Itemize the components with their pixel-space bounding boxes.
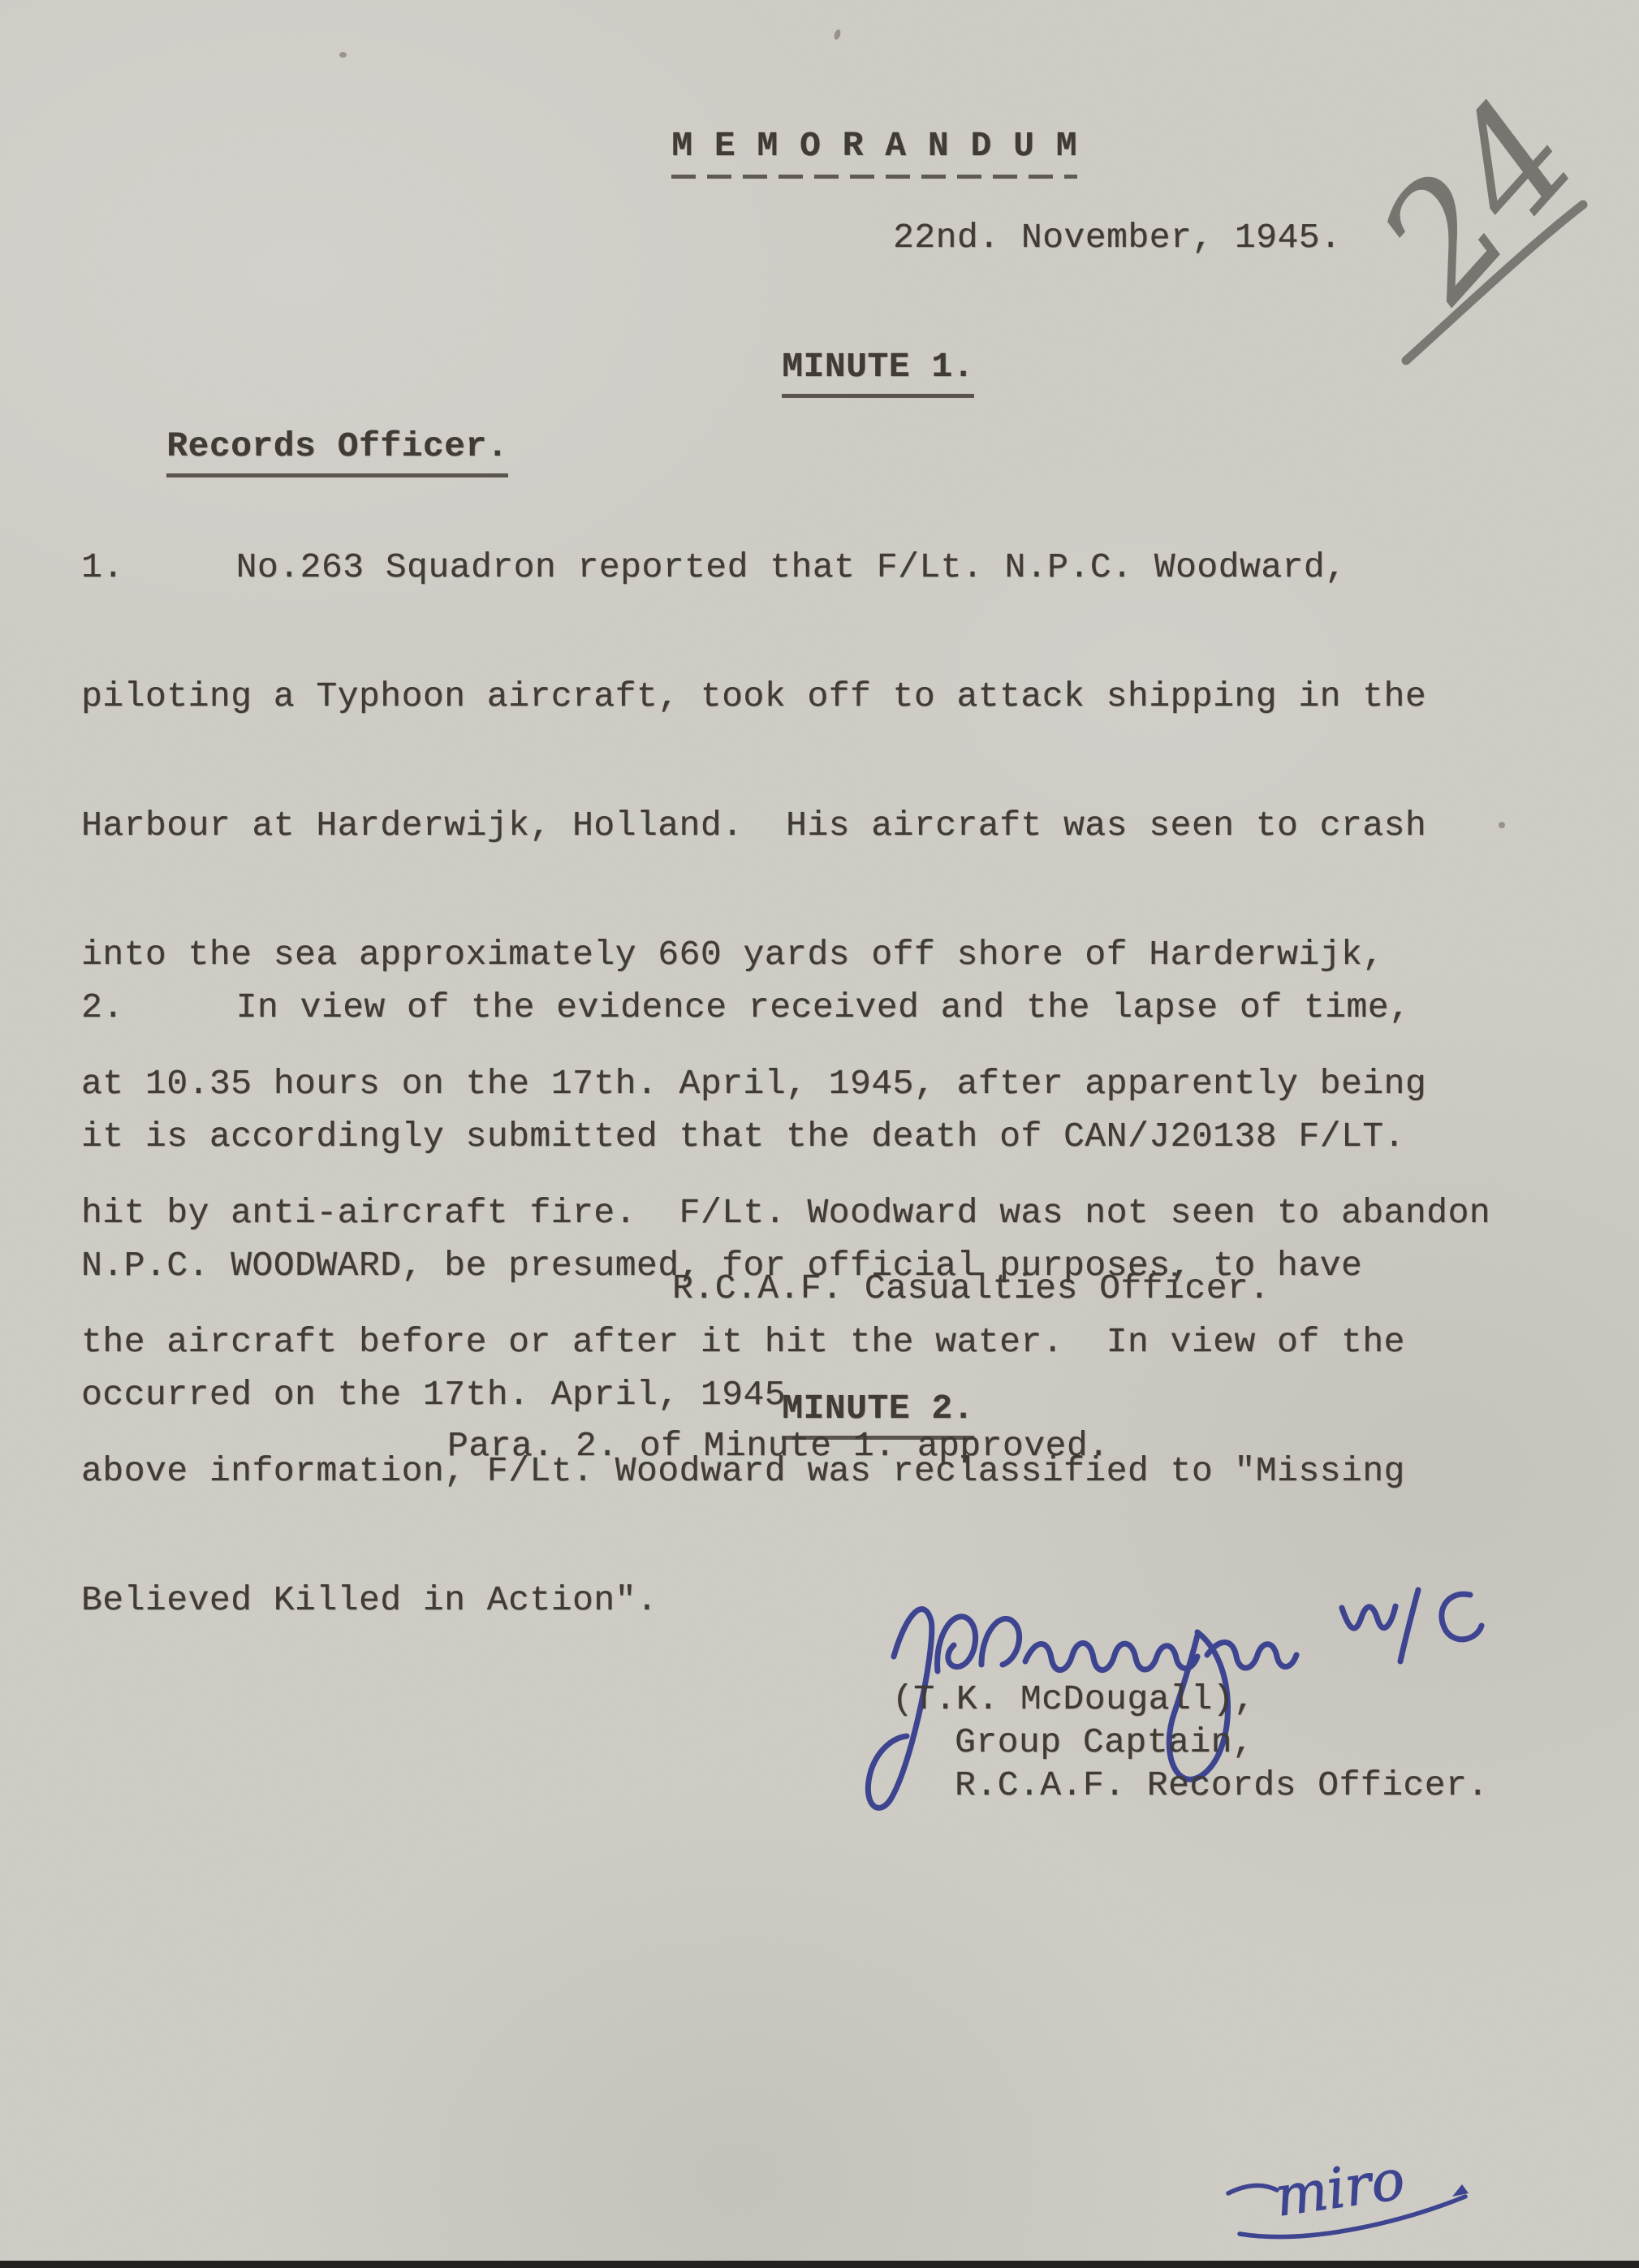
- typed-line: 1.No.263 Squadron reported that F/Lt. N.…: [81, 546, 1490, 589]
- paragraph-number: 1.: [81, 546, 124, 589]
- typed-line: it is accordingly submitted that the dea…: [81, 1115, 1410, 1158]
- ink-speck: [833, 28, 842, 41]
- ink-speck: [339, 52, 347, 58]
- memorandum-page: M E M O R A N D U M 22nd. November, 1945…: [0, 0, 1639, 2268]
- minute1-heading: MINUTE 1.: [782, 345, 974, 398]
- miro-annotation-text: miro: [1271, 2148, 1408, 2229]
- memo-title-wrap: M E M O R A N D U M: [586, 81, 1077, 222]
- casualties-officer-title: R.C.A.F. Casualties Officer.: [672, 1267, 1270, 1310]
- memo-title: M E M O R A N D U M: [671, 124, 1077, 179]
- ink-speck: [1499, 822, 1505, 828]
- typed-line: piloting a Typhoon aircraft, took off to…: [81, 675, 1490, 718]
- signatory-rank: Group Captain,: [955, 1721, 1253, 1764]
- minute1-heading-wrap: MINUTE 1.: [697, 302, 974, 441]
- pencil-page-number-text: 24: [1345, 91, 1611, 333]
- typed-line-text: In view of the evidence received and the…: [236, 987, 1411, 1027]
- memo-date: 22nd. November, 1945.: [893, 216, 1341, 259]
- signatory-title: R.C.A.F. Records Officer.: [955, 1764, 1489, 1807]
- approval-line: Para. 2. of Minute 1. approved.: [447, 1424, 1109, 1467]
- typed-line: Harbour at Harderwijk, Holland. His airc…: [81, 804, 1490, 847]
- paragraph-number: 2.: [81, 986, 124, 1029]
- typed-line-text: No.263 Squadron reported that F/Lt. N.P.…: [236, 547, 1347, 587]
- typed-line: 2.In view of the evidence received and t…: [81, 986, 1410, 1029]
- signatory-name: (T.K. McDougall),: [892, 1678, 1255, 1721]
- pencil-underline-stroke: [1406, 205, 1583, 361]
- miro-annotation: miro: [1222, 2123, 1522, 2257]
- pencil-page-number: 24: [1331, 91, 1632, 400]
- typed-line: Believed Killed in Action".: [81, 1579, 1490, 1622]
- page-edge-shadow: [0, 2261, 1639, 2268]
